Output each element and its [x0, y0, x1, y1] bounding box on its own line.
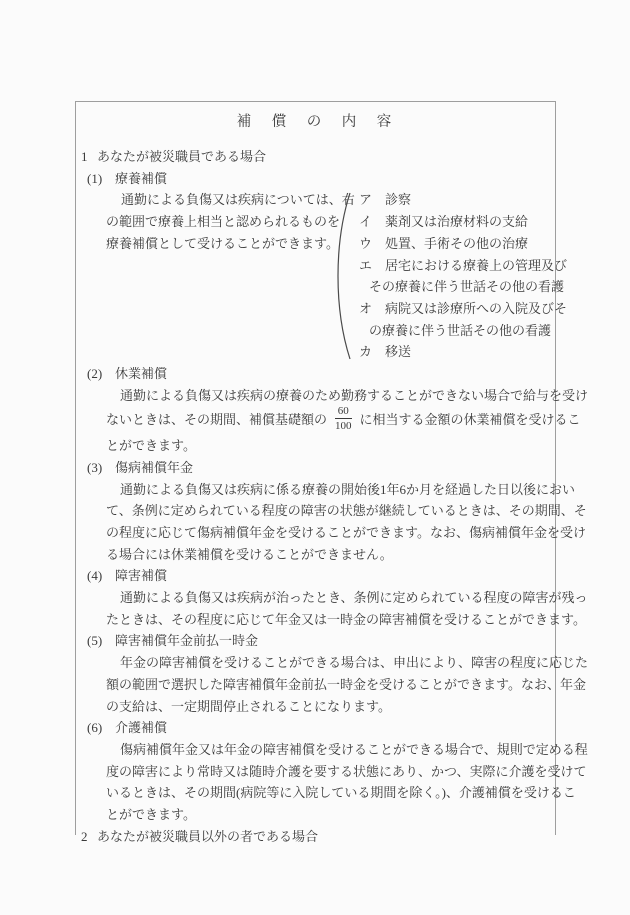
section2-paragraph: 通勤による負傷又は疾病の療養のため勤務することができない場合で給与を受け ないと…	[106, 385, 555, 457]
part1-number: 1	[81, 146, 97, 168]
list-item-text: 移送	[385, 344, 411, 359]
list-item-text: 居宅における療養上の管理及び	[385, 258, 567, 273]
paragraph-line: 通勤による負傷又は疾病が治ったとき、条例に定められている程度の障害が残っ	[106, 587, 555, 609]
section4-paragraph: 通勤による負傷又は疾病が治ったとき、条例に定められている程度の障害が残っ たとき…	[106, 587, 555, 630]
part2-heading: 2あなたが被災職員以外の者である場合	[76, 826, 555, 848]
list-item-continuation: の療養に伴う世話その他の看護	[359, 320, 567, 342]
paragraph-line: 通勤による負傷又は疾病に係る療養の開始後1年6か月を経過した日以後におい	[106, 479, 555, 501]
part2-heading-text: あなたが被災職員以外の者である場合	[97, 829, 318, 844]
fraction-denominator: 100	[335, 419, 352, 433]
paragraph-line: 額の範囲で選択した障害補償年金前払一時金を受けることができます。なお、年金	[106, 674, 555, 696]
left-brace-icon	[336, 191, 352, 361]
list-item-text: 診察	[385, 192, 411, 207]
list-marker: カ	[359, 341, 385, 363]
paragraph-line: る場合には休業補償を受けることができません。	[106, 544, 555, 566]
section1-paragraph: 通勤による負傷又は疾病については、右 の範囲で療養上相当と認められるものを 療養…	[106, 189, 355, 254]
section5-heading: (5)障害補償年金前払一時金	[76, 630, 555, 652]
list-marker: オ	[359, 298, 385, 320]
list-item: ア診察	[359, 189, 567, 211]
part1-heading: 1あなたが被災職員である場合	[76, 146, 555, 168]
list-item-text: 処置、手術その他の治療	[385, 236, 528, 251]
section1-heading: (1)療養補償	[76, 168, 555, 190]
section6-label: (6)	[87, 717, 115, 739]
paragraph-line: 通勤による負傷又は疾病の療養のため勤務することができない場合で給与を受け	[106, 385, 555, 407]
paragraph-line: たときは、その程度に応じて年金又は一時金の障害補償を受けることができます。	[106, 609, 555, 631]
list-marker: エ	[359, 255, 385, 277]
list-item: イ薬剤又は治療材料の支給	[359, 211, 567, 233]
paragraph-line: の支給は、一定期間停止されることになります。	[106, 696, 555, 718]
list-item-continuation: その療養に伴う世話その他の看護	[359, 276, 567, 298]
paragraph-line: いるときは、その期間(病院等に入院している期間を除く。)、介護補償を受けるこ	[106, 782, 555, 804]
part2-number: 2	[81, 826, 97, 848]
section5-label: (5)	[87, 630, 115, 652]
paragraph-line: の範囲で療養上相当と認められるものを	[106, 211, 355, 233]
section1-body: 通勤による負傷又は疾病については、右 の範囲で療養上相当と認められるものを 療養…	[76, 189, 555, 363]
section2-heading: (2)休業補償	[76, 363, 555, 385]
page-title: 補 償 の 内 容	[76, 112, 555, 132]
treatment-list: ア診察 イ薬剤又は治療材料の支給 ウ処置、手術その他の治療 エ居宅における療養上…	[359, 189, 567, 363]
section3-paragraph: 通勤による負傷又は疾病に係る療養の開始後1年6か月を経過した日以後におい て、条…	[106, 479, 555, 566]
list-marker: ウ	[359, 233, 385, 255]
section5-paragraph: 年金の障害補償を受けることができる場合は、申出により、障害の程度に応じた 額の範…	[106, 652, 555, 717]
paragraph-line: 傷病補償年金又は年金の障害補償を受けることができる場合で、規則で定める程	[106, 739, 555, 761]
list-marker: イ	[359, 211, 385, 233]
section2-label: (2)	[87, 363, 115, 385]
list-item-text: 薬剤又は治療材料の支給	[385, 214, 528, 229]
section6-title: 介護補償	[115, 720, 167, 735]
part1-heading-text: あなたが被災職員である場合	[97, 149, 266, 164]
list-item-text: 病院又は診療所への入院及びそ	[385, 301, 567, 316]
section6-heading: (6)介護補償	[76, 717, 555, 739]
section3-title: 傷病補償年金	[115, 460, 193, 475]
list-item: エ居宅における療養上の管理及び	[359, 255, 567, 277]
section3-label: (3)	[87, 457, 115, 479]
section3-heading: (3)傷病補償年金	[76, 457, 555, 479]
paragraph-line: とができます。	[106, 804, 555, 826]
section1-title: 療養補償	[115, 171, 167, 186]
fraction-line-pre: ないときは、その期間、補償基礎額の	[106, 412, 327, 427]
fraction-line-post: に相当する金額の休業補償を受けるこ	[360, 412, 581, 427]
fraction-line: ないときは、その期間、補償基礎額の60100に相当する金額の休業補償を受けるこ	[106, 407, 555, 435]
section4-heading: (4)障害補償	[76, 565, 555, 587]
paragraph-line: 度の障害により常時又は随時介護を要する状態にあり、かつ、実際に介護を受けて	[106, 761, 555, 783]
list-item: カ移送	[359, 341, 567, 363]
fraction-60-100: 60100	[335, 405, 352, 433]
compensation-document-frame: 補 償 の 内 容 1あなたが被災職員である場合 (1)療養補償 通勤による負傷…	[75, 101, 556, 835]
paragraph-line: 年金の障害補償を受けることができる場合は、申出により、障害の程度に応じた	[106, 652, 555, 674]
paragraph-line: 通勤による負傷又は疾病については、右	[106, 189, 355, 211]
section4-label: (4)	[87, 565, 115, 587]
paragraph-line: 療養補償として受けることができます。	[106, 233, 355, 255]
list-item: ウ処置、手術その他の治療	[359, 233, 567, 255]
list-marker: ア	[359, 189, 385, 211]
section5-title: 障害補償年金前払一時金	[115, 633, 258, 648]
paragraph-line: の程度に応じて傷病補償年金を受けることができます。なお、傷病補償年金を受け	[106, 522, 555, 544]
section2-title: 休業補償	[115, 366, 167, 381]
paragraph-line: とができます。	[106, 435, 555, 457]
list-item: オ病院又は診療所への入院及びそ	[359, 298, 567, 320]
section4-title: 障害補償	[115, 568, 167, 583]
section1-label: (1)	[87, 168, 115, 190]
fraction-numerator: 60	[335, 405, 352, 420]
paragraph-line: て、条例に定められている程度の障害の状態が継続しているときは、その期間、そ	[106, 500, 555, 522]
section6-paragraph: 傷病補償年金又は年金の障害補償を受けることができる場合で、規則で定める程 度の障…	[106, 739, 555, 826]
